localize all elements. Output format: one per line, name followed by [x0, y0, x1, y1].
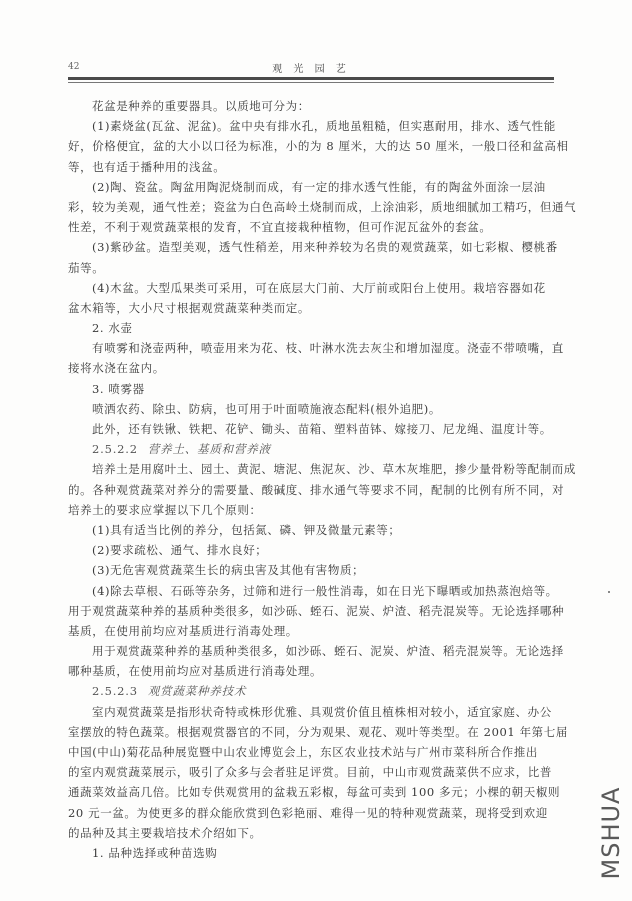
paragraph-line: 基质，在使用前均应对基质进行消毒处理。 [68, 621, 554, 641]
section-heading-2-5-2-2: 2.5.2.2营养土、基质和营养液 [68, 439, 554, 459]
paragraph-line: 花盆是种养的重要器具。以质地可分为： [68, 96, 554, 116]
scan-speck [608, 591, 610, 593]
paragraph-line: 室摆放的特色蔬菜。根据观赏器官的不同，分为观果、观花、观叶等类型。在 2001 … [68, 722, 554, 742]
paragraph-line: 20 元一盆。为使更多的群众能欣赏到色彩艳丽、难得一见的特种观赏蔬菜，现将受到欢… [68, 803, 554, 823]
paragraph-line: 用于观赏蔬菜种养的基质种类很多，如沙砾、蛭石、泥炭、炉渣、稻壳混炭等。无论选择哪… [68, 601, 554, 621]
paragraph-line: 培养土的要求应掌握以下几个原则： [68, 500, 554, 520]
paragraph-line: 此外，还有铁锹、铁耙、花铲、锄头、苗箱、塑料苗钵、嫁接刀、尼龙绳、温度计等。 [68, 419, 554, 439]
paragraph-line: 的。各种观赏蔬菜对养分的需要量、酸碱度、排水通气等要求不同，配制的比例有所不同，… [68, 480, 554, 500]
paragraph-line: (3)无危害观赏蔬菜生长的病虫害及其他有害物质； [68, 560, 554, 580]
paragraph-line: 等，也有适于播种用的浅盆。 [68, 157, 554, 177]
paragraph-line: 哪种基质，在使用前均应对基质进行消毒处理。 [68, 661, 554, 681]
section-title: 营养土、基质和营养液 [148, 442, 271, 456]
watermark-text: MSHUA [597, 786, 625, 879]
section-heading-2-5-2-3: 2.5.2.3观赏蔬菜种养技术 [68, 681, 554, 701]
paragraph-line: 的品种及其主要栽培技术介绍如下。 [68, 823, 554, 843]
list-heading-sprayer: 3. 喷雾器 [68, 379, 554, 399]
paragraph-line: 性差，不利于观赏蔬菜根的发育，不宜直接栽种植物，但可作泥瓦盆外的套盆。 [68, 217, 554, 237]
paragraph-line: 有喷雾和浇壶两种，喷壶用来为花、枝、叶淋水洗去灰尘和增加湿度。浇壶不带喷嘴，直 [68, 338, 554, 358]
paragraph-line: (4)木盆。大型瓜果类可采用，可在底层大门前、大厅前或阳台上使用。栽培容器如花 [68, 278, 554, 298]
body-text: 花盆是种养的重要器具。以质地可分为： (1)素烧盆(瓦盆、泥盆)。盆中央有排水孔… [68, 96, 554, 863]
paragraph-line: 彩，较为美观，通气性差；瓷盆为白色高岭土烧制而成，上涂油彩，质地细腻加工精巧，但… [68, 197, 554, 217]
paragraph-line: 室内观赏蔬菜是指形状奇特或株形优雅、具观赏价值且植株相对较小，适宜家庭、办公 [68, 702, 554, 722]
paragraph-line: (4)除去草根、石砾等杂务，过筛和进行一般性消毒，如在日光下曝晒或加热蒸泡焙等。 [68, 581, 554, 601]
paragraph-line: 喷洒农药、除虫、防病，也可用于叶面喷施液态配料(根外追肥)。 [68, 399, 554, 419]
paragraph-line: (2)陶、瓷盆。陶盆用陶泥烧制而成，有一定的排水透气性能，有的陶盆外面涂一层油 [68, 177, 554, 197]
paragraph-line: (1)素烧盆(瓦盆、泥盆)。盆中央有排水孔，质地虽粗糙，但实惠耐用，排水、透气性… [68, 116, 554, 136]
list-heading-water-can: 2. 水壶 [68, 318, 554, 338]
paragraph-line: 培养土是用腐叶土、园土、黄泥、塘泥、焦泥灰、沙、草木灰堆肥，掺少量骨粉等配制而成 [68, 459, 554, 479]
paragraph-line: 接将水浇在盆内。 [68, 358, 554, 378]
list-heading-variety-selection: 1. 品种选择或种苗选购 [68, 843, 554, 863]
paragraph-line: 通蔬菜效益高几倍。比如专供观赏用的盆栽五彩椒，每盆可卖到 100 多元；小棵的朝… [68, 782, 554, 802]
paragraph-line: 的室内观赏蔬菜展示，吸引了众多与会者驻足评赏。目前，中山市观赏蔬菜供不应求，比普 [68, 762, 554, 782]
paragraph-line: 茄等。 [68, 258, 554, 278]
paragraph-line: 好，价格便宜，盆的大小以口径为标准，小的为 8 厘米，大的达 50 厘米，一般口… [68, 136, 554, 156]
paragraph-line: (3)紫砂盆。造型美观，透气性稍差，用来种养较为名贵的观赏蔬菜，如七彩椒、樱桃番 [68, 237, 554, 257]
paragraph-line: (2)要求疏松、通气、排水良好； [68, 540, 554, 560]
section-number: 2.5.2.3 [92, 684, 138, 698]
paragraph-line: 用于观赏蔬菜种养的基质种类很多，如沙砾、蛭石、泥炭、炉渣、稻壳混炭等。无论选择 [68, 641, 554, 661]
document-page: 42 观 光 园 艺 花盆是种养的重要器具。以质地可分为： (1)素烧盆(瓦盆、… [0, 0, 632, 901]
running-header: 42 观 光 园 艺 [68, 60, 554, 76]
watermark: MSHUA [596, 770, 626, 895]
paragraph-line: 盆木箱等，大小尺寸根据观赏蔬菜种类而定。 [68, 298, 554, 318]
section-number: 2.5.2.2 [92, 442, 138, 456]
header-rule-thick [68, 77, 554, 80]
header-rule-thin [68, 82, 554, 83]
paragraph-line: (1)具有适当比例的养分，包括氮、磷、钾及微量元素等； [68, 520, 554, 540]
book-title: 观 光 园 艺 [68, 60, 554, 75]
section-title: 观赏蔬菜种养技术 [148, 684, 246, 698]
paragraph-line: 中国(中山)菊花品种展览暨中山农业博览会上，东区农业技术站与广州市菜科所合作推出 [68, 742, 554, 762]
